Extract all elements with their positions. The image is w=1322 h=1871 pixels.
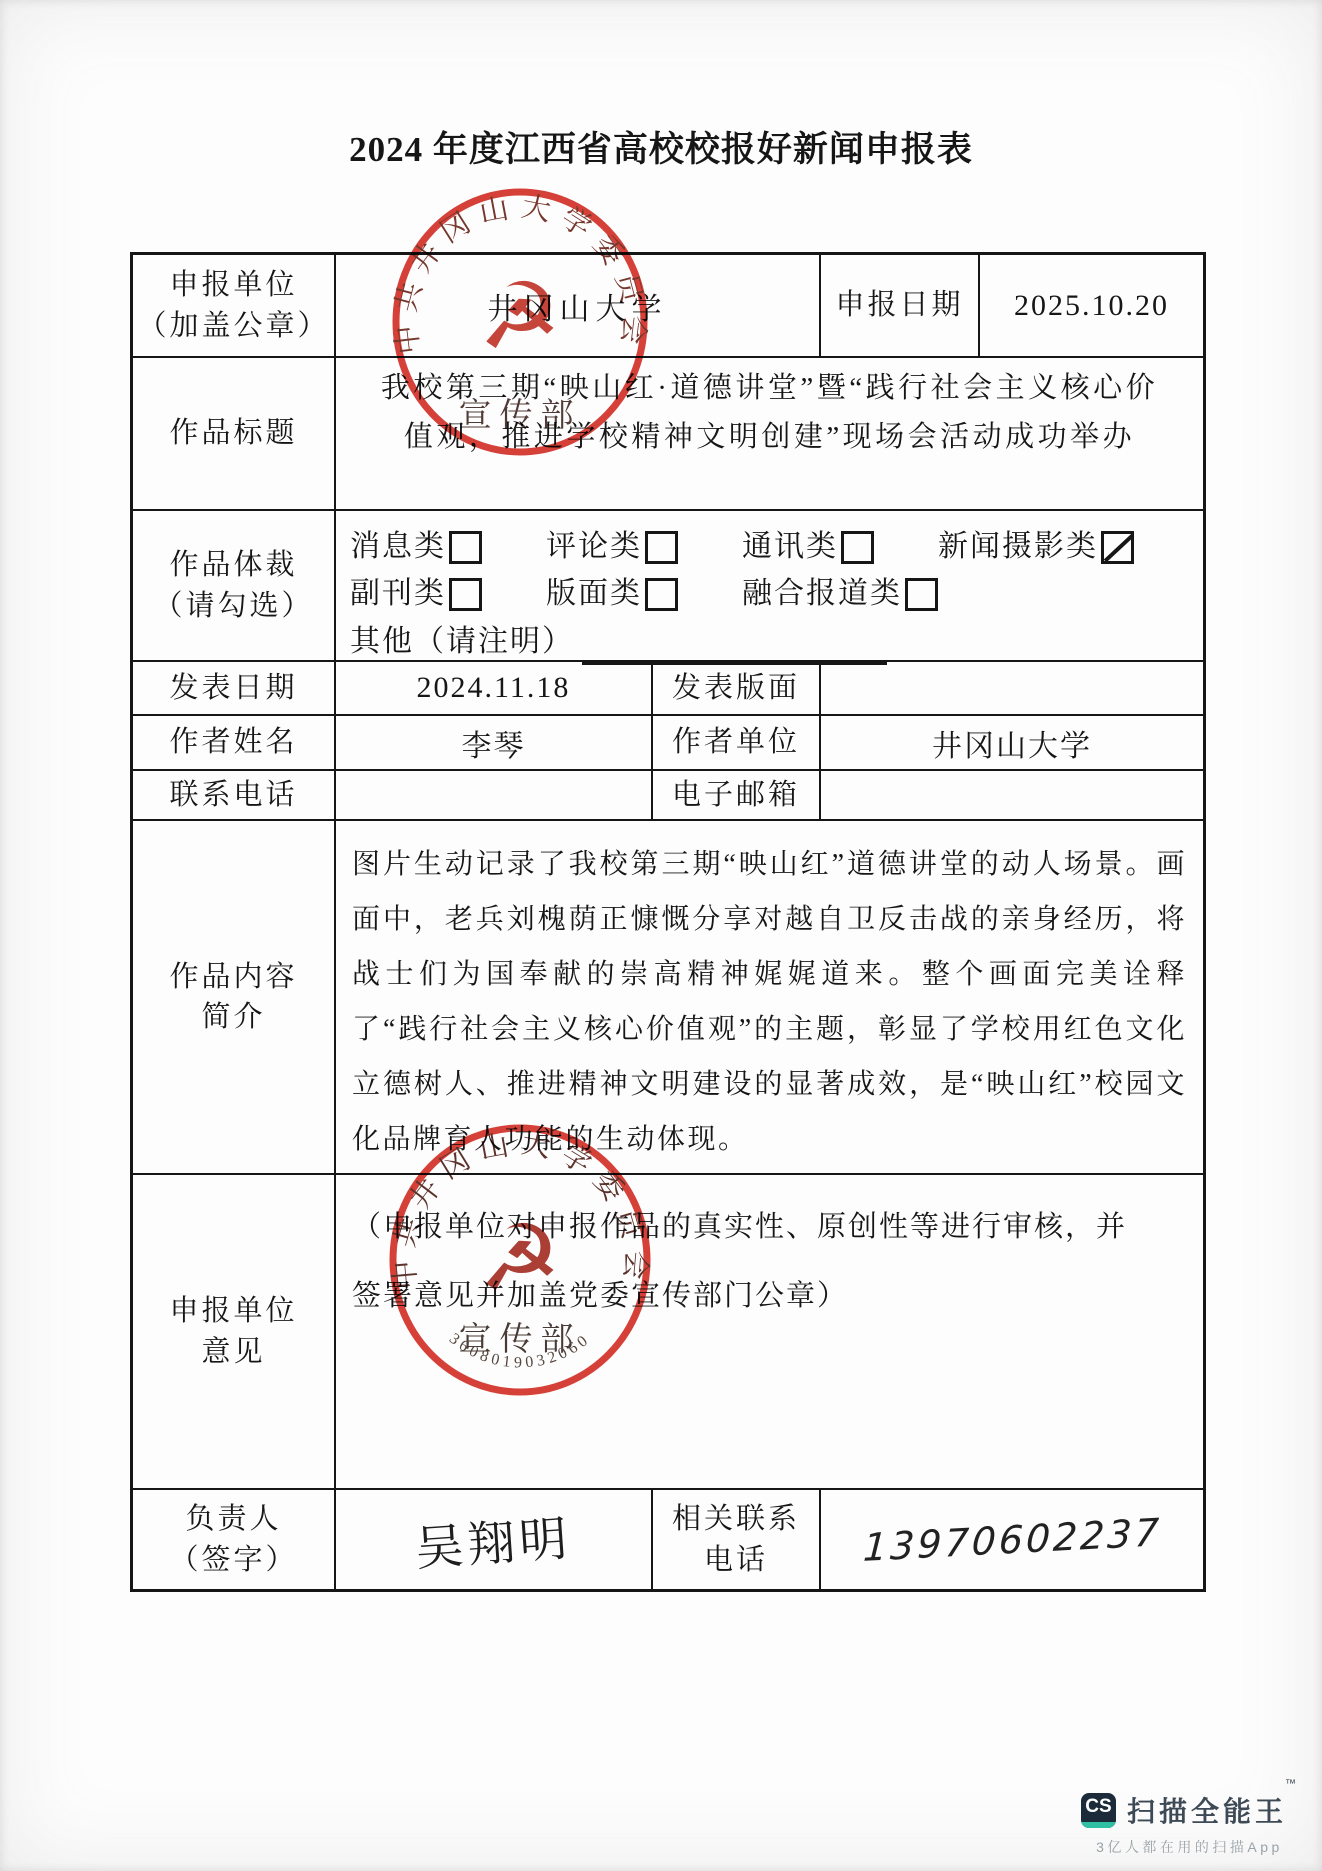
handwritten-phone: 13970602237: [862, 1510, 1163, 1570]
other-blank-line: [582, 624, 887, 665]
camscanner-watermark: CS 扫描全能王™ 3亿人都在用的扫描App: [1081, 1790, 1298, 1857]
camscanner-logo-icon: CS: [1081, 1793, 1116, 1828]
checkbox-converged: [905, 578, 938, 611]
author-name-label: 作者姓名: [133, 716, 336, 771]
publish-date-value: 2024.11.18: [336, 662, 653, 716]
camscanner-tagline: 3亿人都在用的扫描App: [1096, 1837, 1283, 1857]
summary-label: 作品内容 简介: [133, 821, 336, 1175]
genre-row-2: 副刊类 版面类 融合报道类: [350, 572, 1191, 616]
declare-unit-label: 申报单位 （加盖公章）: [133, 255, 336, 358]
related-phone-value: 13970602237: [821, 1490, 1203, 1589]
publish-date-label: 发表日期: [133, 662, 336, 716]
genre-other: 其他（请注明）: [350, 619, 1191, 665]
email-label: 电子邮箱: [653, 771, 821, 821]
checkbox-communication: [841, 531, 874, 564]
official-seal-bottom: 中共井冈山大学委员会 ☭ 宣传部 3608019032060: [387, 1122, 653, 1398]
checkbox-commentary: [645, 531, 678, 564]
declare-date-label: 申报日期: [821, 255, 980, 358]
responsible-label: 负责人 （签字）: [133, 1490, 336, 1589]
checkbox-photography-checked: [1101, 531, 1134, 564]
application-form-table: 申报单位 （加盖公章） 井冈山大学 申报日期 2025.10.20 作品标题 我…: [130, 252, 1206, 1592]
genre-options: 消息类 评论类 通讯类 新闻摄影类 副刊类: [336, 511, 1203, 662]
work-title-label: 作品标题: [133, 358, 336, 511]
party-emblem-icon: ☭: [479, 1205, 561, 1312]
logo-teal-strip: [1081, 1822, 1116, 1828]
genre-option-communication: 通讯类: [742, 525, 874, 569]
responsible-signature: 吴翔明: [336, 1490, 653, 1589]
contact-phone-label: 联系电话: [133, 771, 336, 821]
genre-row-1: 消息类 评论类 通讯类 新闻摄影类: [350, 525, 1191, 569]
genre-option-commentary: 评论类: [546, 525, 678, 569]
genre-option-photography: 新闻摄影类: [938, 525, 1134, 569]
official-seal-top: 中共井冈山大学委员会 ☭ 宣传部: [390, 186, 650, 458]
publish-page-value: [821, 662, 1203, 716]
genre-option-layout: 版面类: [546, 572, 678, 616]
genre-option-converged: 融合报道类: [742, 572, 938, 616]
author-name-value: 李琴: [336, 716, 653, 771]
scanned-form-page: 2024 年度江西省高校校报好新闻申报表 申报单位 （加盖公章） 井冈山大学 申…: [0, 0, 1322, 1871]
contact-phone-value: [336, 771, 653, 821]
form-title: 2024 年度江西省高校校报好新闻申报表: [0, 122, 1322, 172]
checkbox-layout: [645, 578, 678, 611]
author-unit-value: 井冈山大学: [821, 716, 1203, 771]
party-emblem-icon: ☭: [479, 263, 561, 370]
handwritten-signature: 吴翔明: [413, 1500, 573, 1580]
checkbox-news: [449, 531, 482, 564]
seal-dept-text: 宣传部: [459, 397, 582, 434]
camscanner-brand-text: 扫描全能王: [1127, 1796, 1287, 1827]
author-unit-label: 作者单位: [653, 716, 821, 771]
checkbox-supplement: [449, 578, 482, 611]
publish-page-label: 发表版面: [653, 662, 821, 716]
genre-label: 作品体裁 （请勾选）: [133, 511, 336, 662]
declare-date-value: 2025.10.20: [980, 255, 1203, 358]
email-value: [821, 771, 1203, 821]
genre-option-news: 消息类: [350, 525, 482, 569]
related-phone-label: 相关联系 电话: [653, 1490, 821, 1589]
genre-option-supplement: 副刊类: [350, 572, 482, 616]
opinion-label: 申报单位 意见: [133, 1175, 336, 1490]
trademark-symbol: ™: [1285, 1778, 1296, 1790]
